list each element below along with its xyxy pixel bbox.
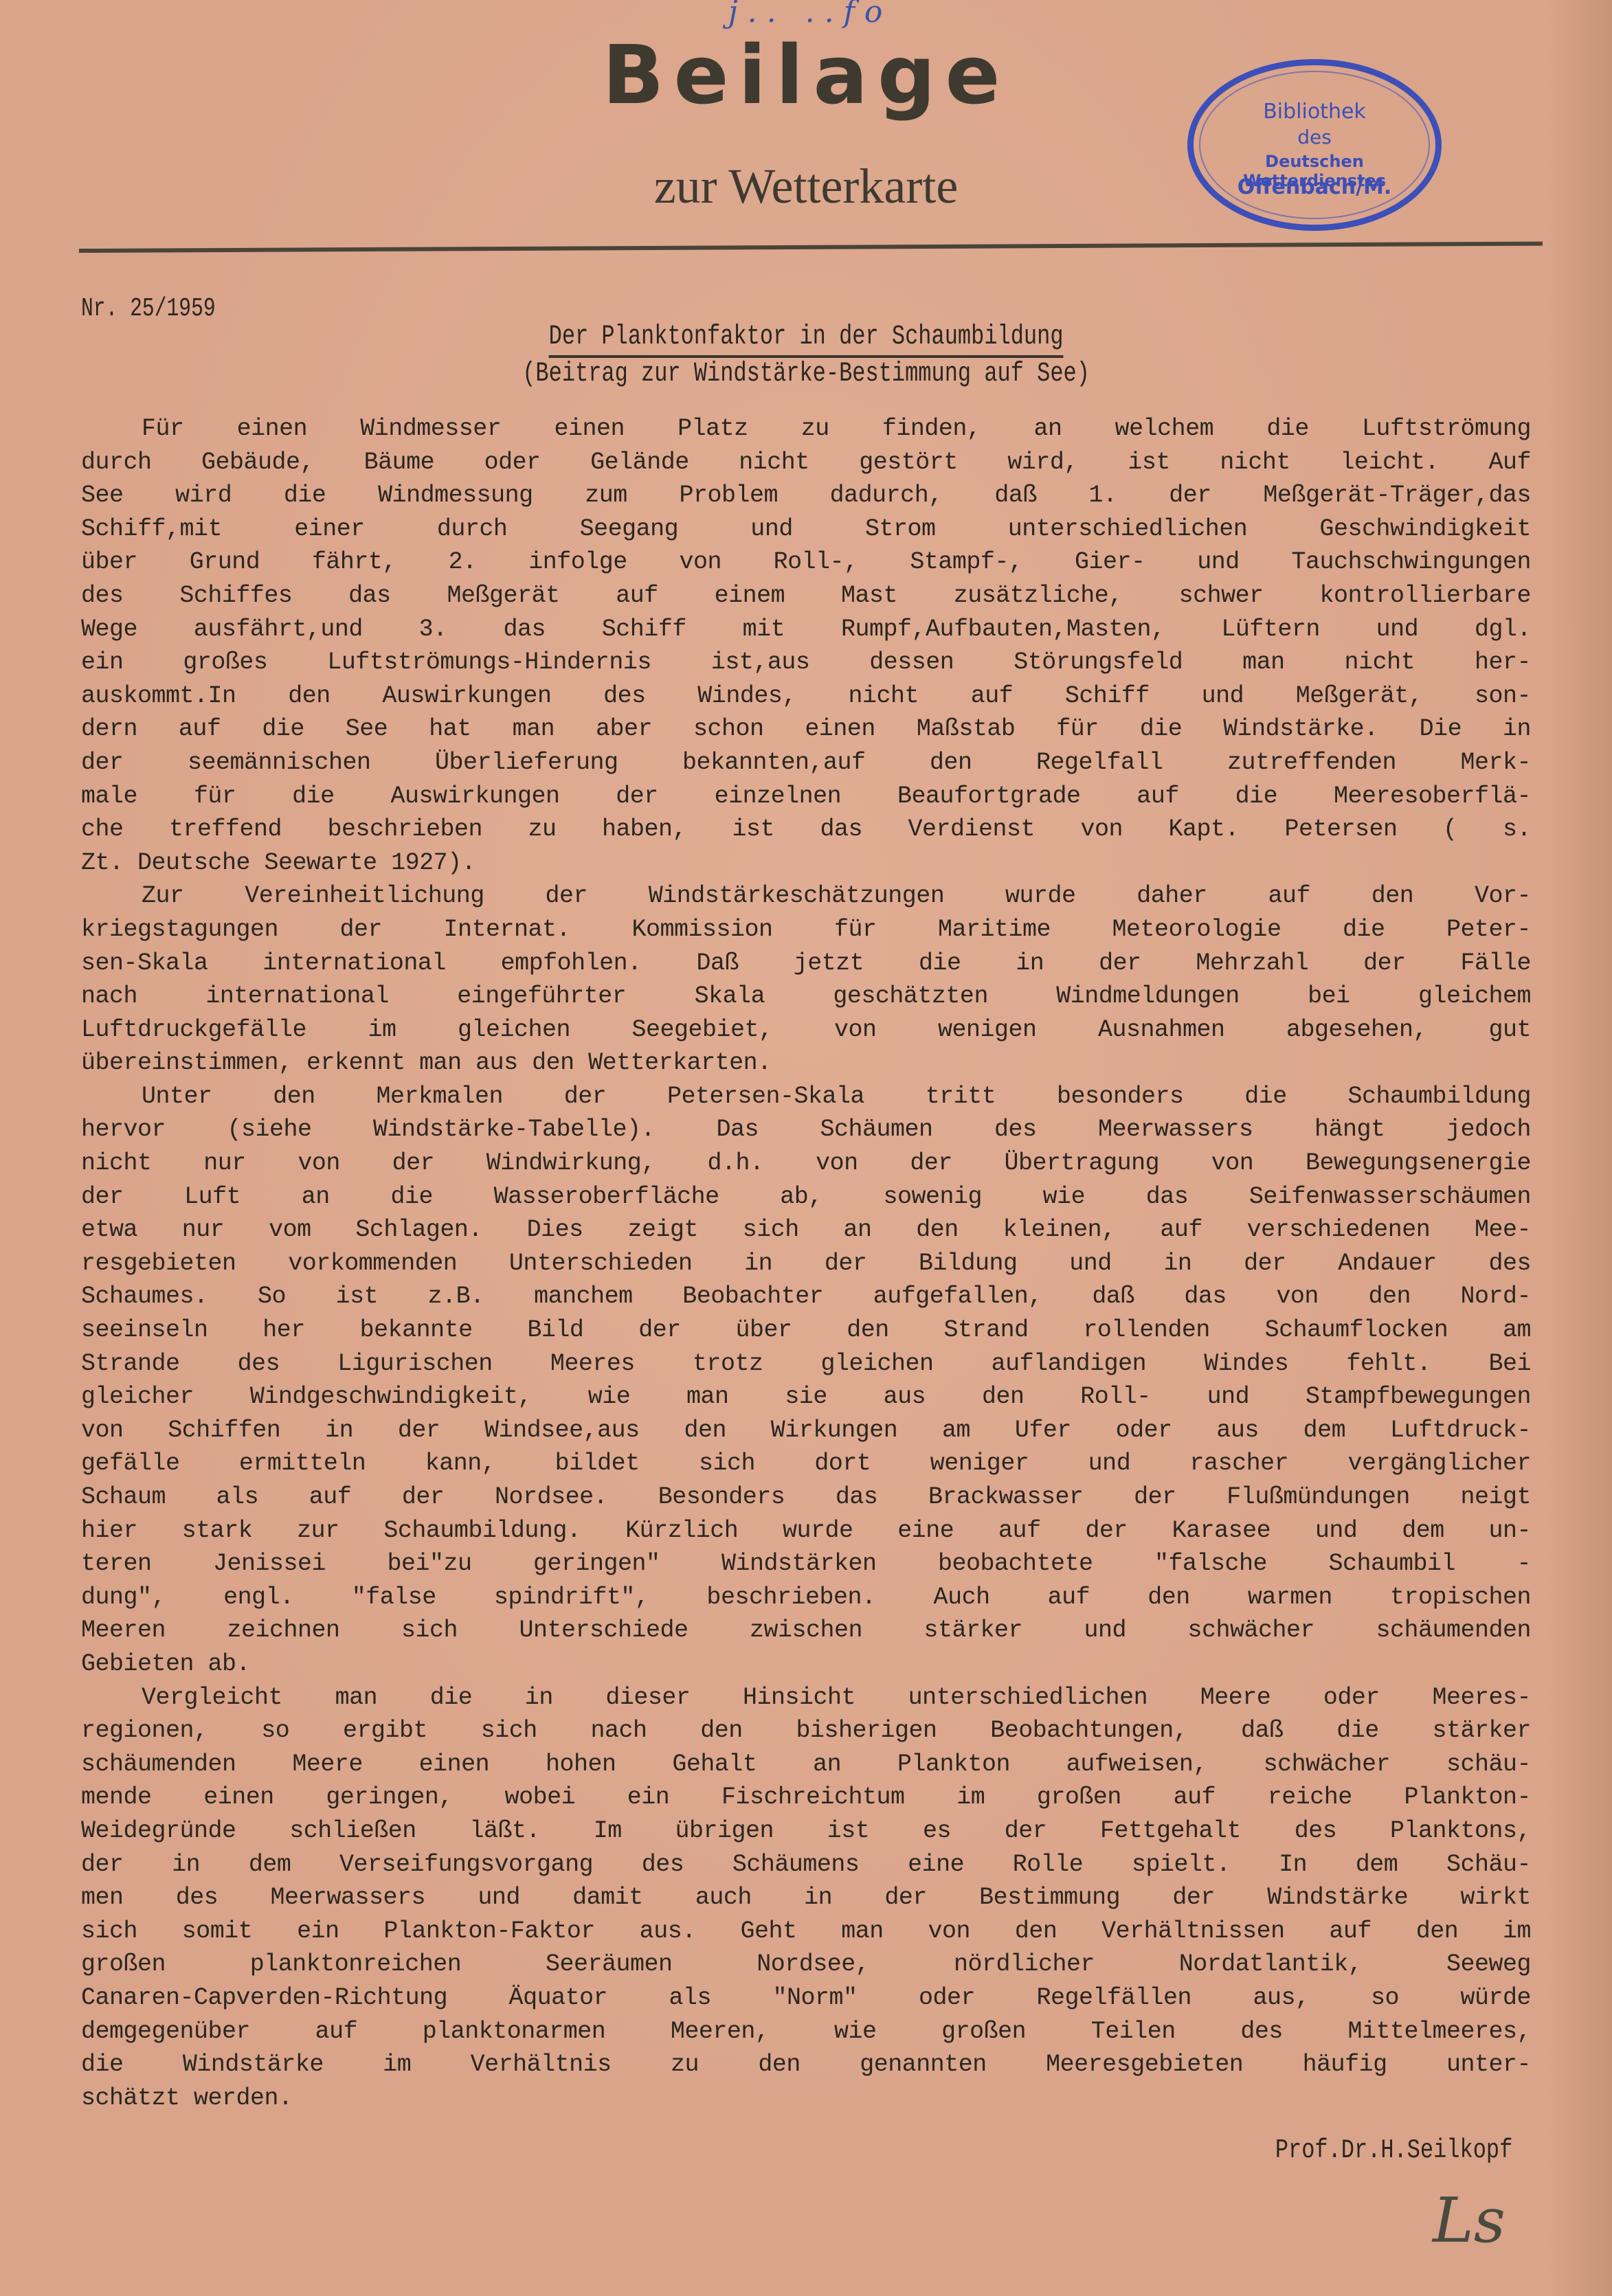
- masthead-divider: [79, 242, 1543, 253]
- paragraph-1-line: Schiff,mit einer durch Seegang und Strom…: [81, 513, 1531, 546]
- paragraph-1-line: ein großes Luftströmungs-Hindernis ist,a…: [81, 646, 1531, 679]
- stamp-line-1: Bibliothek: [1194, 100, 1435, 124]
- paragraph-2-line: übereinstimmen, erkennt man aus den Wett…: [81, 1046, 1531, 1080]
- article-title-text: Der Planktonfaktor in der Schaumbildung: [549, 322, 1064, 358]
- paragraph-3-line: gleicher Windgeschwindigkeit, wie man si…: [81, 1380, 1531, 1414]
- paragraph-4-line: der in dem Verseifungsvorgang des Schäum…: [81, 1848, 1531, 1882]
- paragraph-1-line: male für die Auswirkungen der einzelnen …: [81, 780, 1531, 813]
- paragraph-2-line: nach international eingeführter Skala ge…: [81, 980, 1531, 1013]
- paragraph-4-line: sich somit ein Plankton-Faktor aus. Geht…: [81, 1915, 1531, 1948]
- paragraph-3-line: Gebieten ab.: [81, 1647, 1531, 1681]
- paragraph-4-line: men des Meerwassers und damit auch in de…: [81, 1881, 1531, 1915]
- paragraph-2-line: Zur Vereinheitlichung der Windstärkeschä…: [81, 879, 1531, 913]
- article-subtitle-text: (Beitrag zur Windstärke-Bestimmung auf S…: [522, 359, 1090, 390]
- article-subtitle: (Beitrag zur Windstärke-Bestimmung auf S…: [0, 359, 1612, 390]
- article-title: Der Planktonfaktor in der Schaumbildung: [0, 322, 1612, 358]
- paragraph-1-line: über Grund fährt, 2. infolge von Roll-, …: [81, 545, 1531, 579]
- paragraph-1-line: Zt. Deutsche Seewarte 1927).: [81, 846, 1531, 880]
- paragraph-3-line: hier stark zur Schaumbildung. Kürzlich w…: [81, 1514, 1531, 1548]
- paragraph-4-line: Weidegründe schließen läßt. Im übrigen i…: [81, 1814, 1531, 1848]
- paragraph-1-line: dern auf die See hat man aber schon eine…: [81, 712, 1531, 746]
- paragraph-4-line: die Windstärke im Verhältnis zu den gena…: [81, 2048, 1531, 2082]
- paragraph-4-line: mende einen geringen, wobei ein Fischrei…: [81, 1781, 1531, 1814]
- paragraph-2-line: Luftdruckgefälle im gleichen Seegebiet, …: [81, 1013, 1531, 1047]
- paragraph-2-line: kriegstagungen der Internat. Kommission …: [81, 913, 1531, 947]
- paragraph-3-line: von Schiffen in der Windsee,aus den Wirk…: [81, 1414, 1531, 1448]
- paragraph-1-line: che treffend beschrieben zu haben, ist d…: [81, 813, 1531, 846]
- paragraph-4-line: regionen, so ergibt sich nach den bisher…: [81, 1714, 1531, 1748]
- paragraph-4-line: schäumenden Meere einen hohen Gehalt an …: [81, 1748, 1531, 1781]
- paragraph-3-line: Schaum als auf der Nordsee. Besonders da…: [81, 1481, 1531, 1514]
- handwritten-initials: Ls: [1433, 2185, 1505, 2257]
- stamp-line-4: Offenbach/M.: [1194, 175, 1435, 199]
- paragraph-3-line: nicht nur von der Windwirkung, d.h. von …: [81, 1147, 1531, 1180]
- paragraph-3-line: Unter den Merkmalen der Petersen-Skala t…: [81, 1080, 1531, 1114]
- author-signature: Prof.Dr.H.Seilkopf: [1275, 2135, 1512, 2165]
- paragraph-3-line: Schaumes. So ist z.B. manchem Beobachter…: [81, 1280, 1531, 1314]
- paragraph-4-line: großen planktonreichen Seeräumen Nordsee…: [81, 1948, 1531, 1981]
- paragraph-4-line: schätzt werden.: [81, 2082, 1531, 2115]
- paragraph-3-line: dung", engl. "false spindrift", beschrie…: [81, 1581, 1531, 1614]
- library-stamp: Bibliothek des Deutschen Wetterdienstes …: [1187, 59, 1442, 231]
- paragraph-1-line: des Schiffes das Meßgerät auf einem Mast…: [81, 579, 1531, 613]
- paragraph-2-line: sen-Skala international empfohlen. Daß j…: [81, 947, 1531, 980]
- paragraph-1-line: See wird die Windmessung zum Problem dad…: [81, 479, 1531, 513]
- paragraph-1-line: Wege ausfährt,und 3. das Schiff mit Rump…: [81, 613, 1531, 646]
- paragraph-3-line: gefälle ermitteln kann, bildet sich dort…: [81, 1447, 1531, 1481]
- paragraph-4-line: demgegenüber auf planktonarmen Meeren, w…: [81, 2015, 1531, 2049]
- paragraph-3-line: etwa nur vom Schlagen. Dies zeigt sich a…: [81, 1213, 1531, 1247]
- paragraph-3-line: der Luft an die Wasseroberfläche ab, sow…: [81, 1180, 1531, 1214]
- paragraph-3-line: hervor (siehe Windstärke-Tabelle). Das S…: [81, 1113, 1531, 1147]
- paragraph-3-line: teren Jenissei bei"zu geringen" Windstär…: [81, 1547, 1531, 1581]
- paragraph-1-line: der seemännischen Überlieferung bekannte…: [81, 746, 1531, 780]
- paragraph-1-line: Für einen Windmesser einen Platz zu find…: [81, 412, 1531, 446]
- article-body: Für einen Windmesser einen Platz zu find…: [81, 412, 1531, 2115]
- paragraph-3-line: seeinseln her bekannte Bild der über den…: [81, 1314, 1531, 1347]
- paragraph-3-line: Strande des Ligurischen Meeres trotz gle…: [81, 1347, 1531, 1381]
- paragraph-4-line: Vergleicht man die in dieser Hinsicht un…: [81, 1681, 1531, 1715]
- paragraph-3-line: Meeren zeichnen sich Unterschiede zwisch…: [81, 1614, 1531, 1647]
- issue-number: Nr. 25/1959: [81, 294, 216, 324]
- paragraph-3-line: resgebieten vorkommenden Unterschieden i…: [81, 1247, 1531, 1281]
- paragraph-4-line: Canaren-Capverden-Richtung Äquator als "…: [81, 1981, 1531, 2015]
- paragraph-1-line: durch Gebäude, Bäume oder Gelände nicht …: [81, 446, 1531, 480]
- paragraph-1-line: auskommt.In den Auswirkungen des Windes,…: [81, 679, 1531, 713]
- stamp-line-2: des: [1194, 126, 1435, 148]
- handwritten-note: j.. ..fo: [728, 0, 892, 30]
